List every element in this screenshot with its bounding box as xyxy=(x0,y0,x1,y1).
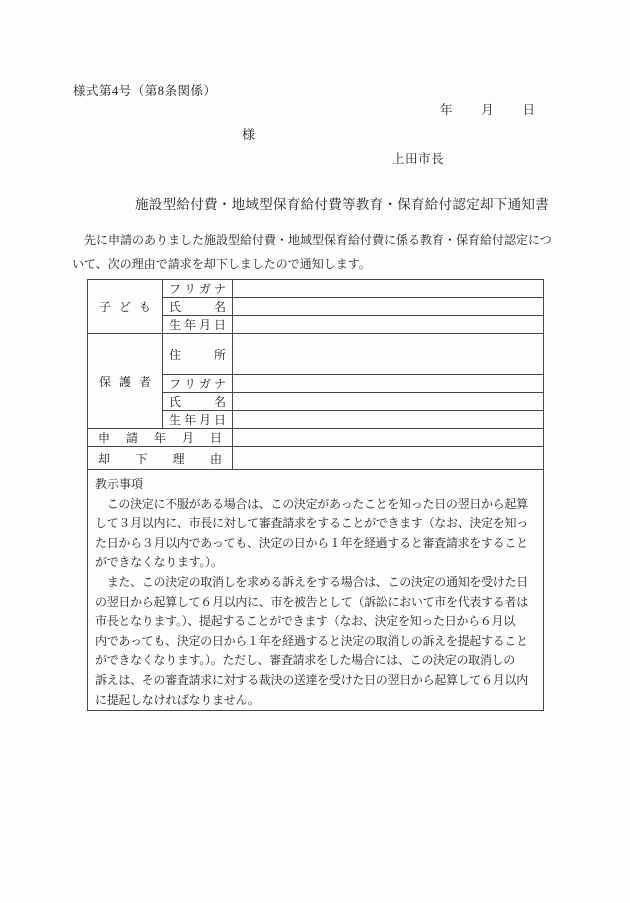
date-year-label: 年 xyxy=(440,100,453,118)
rejection-reason-label: 却 下 理 由 xyxy=(88,447,233,470)
child-name-field xyxy=(233,298,544,316)
guardian-birth-date-label: 生 年 月 日 xyxy=(163,411,233,429)
table-row: 子 ど も フ リ ガ ナ xyxy=(88,280,544,298)
rejection-reason-field xyxy=(233,447,544,470)
child-group-label: 子 ど も xyxy=(88,280,163,334)
date-day-label: 日 xyxy=(522,100,535,118)
guardian-name-label: 氏 名 xyxy=(163,393,233,411)
table-row: 申 請 年 月 日 xyxy=(88,429,544,447)
date-month-label: 月 xyxy=(481,100,494,118)
guardian-address-label: 住 所 xyxy=(163,334,233,375)
table-row: 教示事項 この決定に不服がある場合は、この決定があったことを知った日の翌日から起… xyxy=(88,470,544,711)
child-furigana-field xyxy=(233,280,544,298)
guardian-furigana-label: フ リ ガ ナ xyxy=(163,375,233,393)
addressee-honorific: 様 xyxy=(242,124,255,143)
guardian-birth-date-field xyxy=(233,411,544,429)
guardian-name-field xyxy=(233,393,544,411)
table-row: 却 下 理 由 xyxy=(88,447,544,470)
guardian-furigana-field xyxy=(233,375,544,393)
notice-heading: 教示事項 xyxy=(95,475,536,495)
table-row: 保 護 者 住 所 xyxy=(88,334,544,375)
guardian-group-label: 保 護 者 xyxy=(88,334,163,429)
intro-paragraph: 先に申請のありました施設型給付費・地域型保育給付費に係る教育・保育給付認定につ … xyxy=(72,228,572,276)
child-birth-date-field xyxy=(233,316,544,334)
form-number: 様式第4号（第8条関係） xyxy=(73,81,217,99)
date-line: 年 月 日 xyxy=(440,100,535,118)
notice-section: 教示事項 この決定に不服がある場合は、この決定があったことを知った日の翌日から起… xyxy=(88,470,544,711)
sender-name: 上田市長 xyxy=(392,149,444,167)
notice-paragraph-1: この決定に不服がある場合は、この決定があったことを知った日の翌日から起算 して３… xyxy=(95,495,536,573)
child-furigana-label: フ リ ガ ナ xyxy=(163,280,233,298)
document-title: 施設型給付費・地域型保育給付費等教育・保育給付認定却下通知書 xyxy=(135,193,549,213)
child-birth-date-label: 生 年 月 日 xyxy=(163,316,233,334)
document-page: 様式第4号（第8条関係） 年 月 日 様 上田市長 施設型給付費・地域型保育給付… xyxy=(0,0,630,903)
guardian-address-field xyxy=(233,334,544,375)
application-date-label: 申 請 年 月 日 xyxy=(88,429,233,447)
application-date-field xyxy=(233,429,544,447)
notice-paragraph-2: また、この決定の取消しを求める訴えをする場合は、この決定の通知を受けた日 の翌日… xyxy=(95,573,536,710)
application-table: 子 ど も フ リ ガ ナ 氏 名 生 年 月 日 保 護 者 住 所 フ リ … xyxy=(87,279,544,711)
child-name-label: 氏 名 xyxy=(163,298,233,316)
